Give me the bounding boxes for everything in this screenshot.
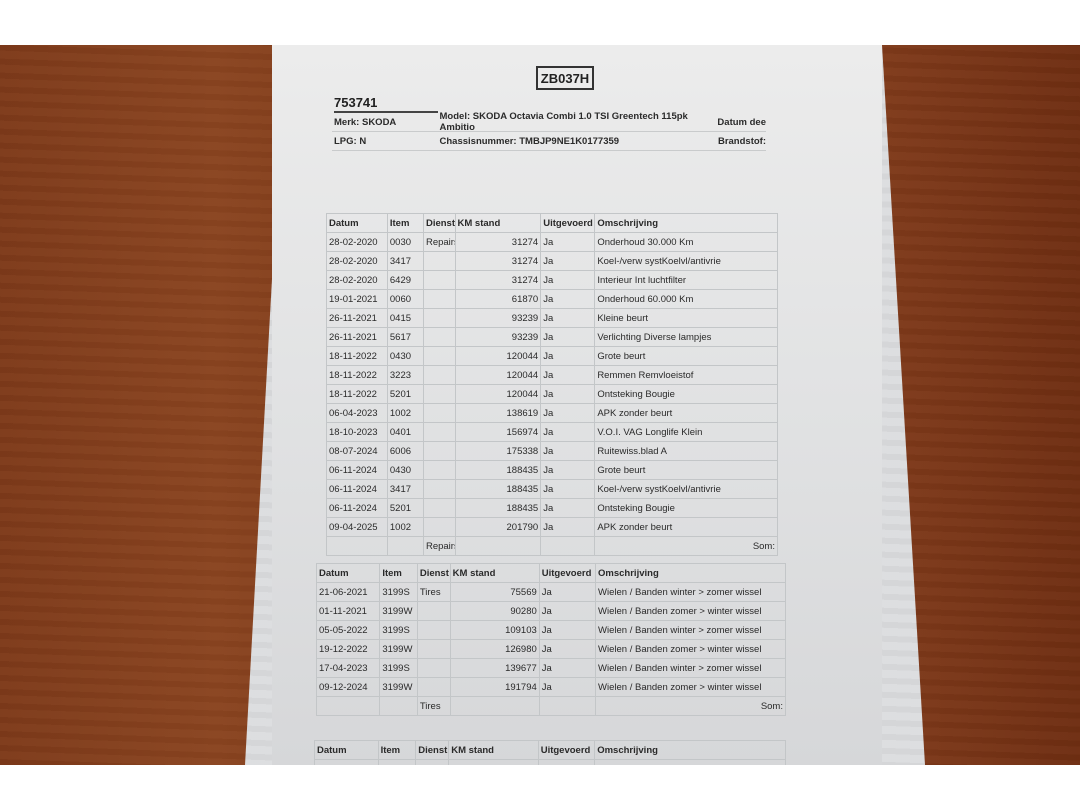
cell-datum: 19-01-2021	[327, 290, 388, 309]
cell-item: 0415	[387, 309, 423, 328]
cell-datum: 05-05-2022	[317, 621, 380, 640]
table-row: 06-11-20240430188435JaGrote beurt	[327, 461, 778, 480]
cell-km-stand: 31274	[455, 252, 541, 271]
cell-uitgevoerd: Ja	[539, 602, 595, 621]
table-row: 01-11-20213199W90280JaWielen / Banden zo…	[317, 602, 786, 621]
cell-km-stand: 90280	[450, 602, 539, 621]
cell-uitgevoerd: Ja	[541, 347, 595, 366]
footer-dienst: Repairs	[423, 537, 455, 556]
column-header-omschrijving: Omschrijving	[596, 564, 786, 583]
table-row: 19-01-2021006061870JaOnderhoud 60.000 Km	[327, 290, 778, 309]
cell-item: 3199W	[380, 602, 418, 621]
cell-km-stand: 156974	[455, 423, 541, 442]
header-row: DatumItemDienstKM standUitgevoerdOmschri…	[327, 214, 778, 233]
cell-item: 6006	[387, 442, 423, 461]
table-row: 18-10-20230401156974JaV.O.I. VAG Longlif…	[327, 423, 778, 442]
cell-omschrijving: Interieur Int luchtfilter	[595, 271, 778, 290]
cell-dienst	[423, 366, 455, 385]
cell-item: 1002	[387, 404, 423, 423]
table-row: 08-07-20246006175338JaRuitewiss.blad A	[327, 442, 778, 461]
cell-dienst	[417, 640, 450, 659]
cell-omschrijving: V.O.I. VAG Longlife Klein	[595, 423, 778, 442]
cell-km-stand: 120044	[455, 366, 541, 385]
cell-dienst	[423, 499, 455, 518]
cell-item: 3417	[387, 480, 423, 499]
chassis-number: Chassisnummer: TMBJP9NE1K0177359	[440, 136, 717, 147]
cell-datum: 09-04-2025	[327, 518, 388, 537]
cell-datum: 18-11-2022	[327, 366, 388, 385]
cell-km-stand: 109103	[450, 621, 539, 640]
footer-row: RepairsSom:	[327, 537, 778, 556]
tires-table: DatumItemDienstKM standUitgevoerdOmschri…	[316, 563, 786, 716]
cell-km-stand: 188435	[455, 480, 541, 499]
cell-dienst: Tires	[417, 583, 450, 602]
cell-uitgevoerd: Ja	[541, 385, 595, 404]
column-header-omschrijving: Omschrijving	[595, 741, 786, 760]
table-row: 06-11-20245201188435JaOntsteking Bougie	[327, 499, 778, 518]
cell-omschrijving: APK zonder beurt	[595, 404, 778, 423]
cell-omschrijving: Wielen / banden zomer > winter wissel	[595, 760, 786, 766]
cell-datum: 19-12-2022	[317, 640, 380, 659]
cell-km-stand: 201790	[455, 518, 541, 537]
table-row: 28-02-2020642931274JaInterieur Int lucht…	[327, 271, 778, 290]
footer-empty-cell	[541, 537, 595, 556]
vehicle-info-row: LPG: N Chassisnummer: TMBJP9NE1K0177359 …	[332, 132, 766, 151]
cell-uitgevoerd: Ja	[539, 640, 595, 659]
cell-km-stand: 31274	[455, 233, 541, 252]
cell-uitgevoerd: Ja	[541, 309, 595, 328]
cell-datum: 26-11-2021	[327, 328, 388, 347]
cell-datum: 06-11-2024	[327, 499, 388, 518]
column-header-datum: Datum	[317, 564, 380, 583]
cell-datum: 06-04-2023	[327, 404, 388, 423]
column-header-dienst: Dienst	[417, 564, 450, 583]
cell-uitgevoerd: Ja	[541, 233, 595, 252]
cell-dienst	[423, 347, 455, 366]
cell-omschrijving: Onderhoud 60.000 Km	[595, 290, 778, 309]
cell-dienst: Repairs	[423, 233, 455, 252]
column-header-dienst: Dienst	[423, 214, 455, 233]
column-header-km-stand: KM stand	[449, 741, 538, 760]
cell-dienst	[423, 290, 455, 309]
table-row: 28-02-20200030Repairs31274JaOnderhoud 30…	[327, 233, 778, 252]
cell-km-stand: 120044	[455, 347, 541, 366]
column-header-uitgevoerd: Uitgevoerd	[541, 214, 595, 233]
cell-item: 3199W	[380, 678, 418, 697]
order-number: 753741	[334, 95, 438, 113]
cell-omschrijving: Kleine beurt	[595, 309, 778, 328]
column-header-km-stand: KM stand	[455, 214, 541, 233]
cell-omschrijving: Grote beurt	[595, 461, 778, 480]
cell-datum: 26-11-2021	[327, 309, 388, 328]
cell-uitgevoerd: Ja	[541, 366, 595, 385]
cell-omschrijving: APK zonder beurt	[595, 518, 778, 537]
brandstof: Brandstof:	[716, 136, 766, 147]
cell-omschrijving: Koel-/verw systKoelvl/antivrie	[595, 252, 778, 271]
cell-omschrijving: Wielen / Banden winter > zomer wissel	[596, 583, 786, 602]
cell-uitgevoerd: Ja	[541, 461, 595, 480]
cell-dienst	[423, 461, 455, 480]
cell-item: 0060	[387, 290, 423, 309]
footer-som: Som:	[595, 537, 778, 556]
cell-item: 5201	[387, 499, 423, 518]
cell-item: 3199W	[380, 640, 418, 659]
cell-dienst	[423, 328, 455, 347]
column-header-item: Item	[387, 214, 423, 233]
table-row: 28-02-2020341731274JaKoel-/verw systKoel…	[327, 252, 778, 271]
footer-row: TiresSom:	[317, 697, 786, 716]
cell-item: 3199S	[380, 583, 418, 602]
cell-item: 5617	[387, 328, 423, 347]
table-row: 18-11-20223223120044JaRemmen Remvloeisto…	[327, 366, 778, 385]
cell-omschrijving: Wielen / Banden zomer > winter wissel	[596, 602, 786, 621]
cell-uitgevoerd: Ja	[541, 480, 595, 499]
cell-datum: 18-11-2022	[327, 347, 388, 366]
table-row: 19-12-20223199W126980JaWielen / Banden z…	[317, 640, 786, 659]
footer-empty-cell	[317, 697, 380, 716]
model: Model: SKODA Octavia Combi 1.0 TSI Green…	[440, 111, 717, 133]
cell-datum: 06-11-2024	[327, 461, 388, 480]
table-row: 21-06-20213199STires75569JaWielen / Band…	[317, 583, 786, 602]
column-header-item: Item	[378, 741, 416, 760]
cell-datum: 18-11-2022	[327, 385, 388, 404]
cell-datum: 06-11-2024	[327, 480, 388, 499]
cell-dienst	[423, 385, 455, 404]
cell-item: 1002	[387, 518, 423, 537]
cell-omschrijving: Ontsteking Bougie	[595, 385, 778, 404]
cell-item: 3223	[387, 366, 423, 385]
table-row: 09-04-20251002201790JaAPK zonder beurt	[327, 518, 778, 537]
cell-dienst	[417, 678, 450, 697]
table-row: 17-04-20233199S139677JaWielen / Banden w…	[317, 659, 786, 678]
cell-datum: 18-10-2023	[327, 423, 388, 442]
table-row: 03-11-20199901WWinterl18250JaWielen / ba…	[315, 760, 786, 766]
footer-empty-cell	[455, 537, 541, 556]
cell-uitgevoerd: Ja	[541, 252, 595, 271]
column-header-dienst: Dienst	[416, 741, 449, 760]
cell-omschrijving: Ruitewiss.blad A	[595, 442, 778, 461]
cell-km-stand: 188435	[455, 499, 541, 518]
winter-table: DatumItemDienstKM standUitgevoerdOmschri…	[314, 740, 786, 765]
datum-deel: Datum dee	[716, 117, 766, 128]
cell-km-stand: 139677	[450, 659, 539, 678]
cell-item: 3199S	[380, 659, 418, 678]
cell-dienst	[423, 252, 455, 271]
cell-dienst	[423, 442, 455, 461]
cell-uitgevoerd: Ja	[539, 659, 595, 678]
vehicle-info: Merk: SKODA Model: SKODA Octavia Combi 1…	[332, 113, 766, 151]
lpg: LPG: N	[332, 136, 440, 147]
cell-km-stand: 126980	[450, 640, 539, 659]
cell-uitgevoerd: Ja	[539, 583, 595, 602]
column-header-km-stand: KM stand	[450, 564, 539, 583]
cell-km-stand: 138619	[455, 404, 541, 423]
table-row: 26-11-2021041593239JaKleine beurt	[327, 309, 778, 328]
cell-uitgevoerd: Ja	[541, 290, 595, 309]
vehicle-info-row: Merk: SKODA Model: SKODA Octavia Combi 1…	[332, 113, 766, 132]
cell-km-stand: 75569	[450, 583, 539, 602]
footer-som: Som:	[596, 697, 786, 716]
cell-km-stand: 191794	[450, 678, 539, 697]
footer-empty-cell	[387, 537, 423, 556]
cell-omschrijving: Verlichting Diverse lampjes	[595, 328, 778, 347]
column-header-uitgevoerd: Uitgevoerd	[539, 564, 595, 583]
cell-km-stand: 188435	[455, 461, 541, 480]
cell-uitgevoerd: Ja	[541, 404, 595, 423]
merk: Merk: SKODA	[332, 117, 440, 128]
table-row: 09-12-20243199W191794JaWielen / Banden z…	[317, 678, 786, 697]
cell-datum: 08-07-2024	[327, 442, 388, 461]
cell-item: 5201	[387, 385, 423, 404]
cell-datum: 28-02-2020	[327, 271, 388, 290]
photo-background: ZB037H 753741 Merk: SKODA Model: SKODA O…	[0, 45, 1080, 765]
cell-datum: 09-12-2024	[317, 678, 380, 697]
cell-datum: 21-06-2021	[317, 583, 380, 602]
cell-dienst	[423, 404, 455, 423]
cell-uitgevoerd: Ja	[541, 442, 595, 461]
cell-datum: 01-11-2021	[317, 602, 380, 621]
cell-omschrijving: Koel-/verw systKoelvl/antivrie	[595, 480, 778, 499]
repairs-table: DatumItemDienstKM standUitgevoerdOmschri…	[326, 213, 778, 556]
cell-item: 3199S	[380, 621, 418, 640]
column-header-uitgevoerd: Uitgevoerd	[538, 741, 595, 760]
cell-km-stand: 120044	[455, 385, 541, 404]
column-header-omschrijving: Omschrijving	[595, 214, 778, 233]
table-row: 06-04-20231002138619JaAPK zonder beurt	[327, 404, 778, 423]
cell-uitgevoerd: Ja	[541, 328, 595, 347]
cell-uitgevoerd: Ja	[541, 518, 595, 537]
header-row: DatumItemDienstKM standUitgevoerdOmschri…	[317, 564, 786, 583]
cell-uitgevoerd: Ja	[539, 678, 595, 697]
cell-km-stand: 93239	[455, 328, 541, 347]
cell-uitgevoerd: Ja	[541, 423, 595, 442]
cell-omschrijving: Wielen / Banden winter > zomer wissel	[596, 621, 786, 640]
license-plate: ZB037H	[536, 66, 594, 90]
footer-empty-cell	[327, 537, 388, 556]
column-header-item: Item	[380, 564, 418, 583]
table-row: 26-11-2021561793239JaVerlichting Diverse…	[327, 328, 778, 347]
cell-dienst	[423, 423, 455, 442]
cell-km-stand: 61870	[455, 290, 541, 309]
cell-dienst	[417, 659, 450, 678]
cell-dienst	[423, 271, 455, 290]
table-row: 18-11-20225201120044JaOntsteking Bougie	[327, 385, 778, 404]
cell-item: 3417	[387, 252, 423, 271]
footer-empty-cell	[539, 697, 595, 716]
cell-omschrijving: Onderhoud 30.000 Km	[595, 233, 778, 252]
cell-datum: 17-04-2023	[317, 659, 380, 678]
cell-dienst: Winterl	[416, 760, 449, 766]
cell-omschrijving: Wielen / Banden zomer > winter wissel	[596, 678, 786, 697]
table-row: 18-11-20220430120044JaGrote beurt	[327, 347, 778, 366]
cell-uitgevoerd: Ja	[539, 621, 595, 640]
cell-dienst	[417, 602, 450, 621]
column-header-datum: Datum	[327, 214, 388, 233]
cell-item: 0401	[387, 423, 423, 442]
cell-item: 0430	[387, 347, 423, 366]
cell-uitgevoerd: Ja	[538, 760, 595, 766]
cell-uitgevoerd: Ja	[541, 499, 595, 518]
cell-item: 9901W	[378, 760, 416, 766]
footer-empty-cell	[450, 697, 539, 716]
cell-datum: 03-11-2019	[315, 760, 379, 766]
footer-dienst: Tires	[417, 697, 450, 716]
cell-km-stand: 31274	[455, 271, 541, 290]
table-row: 06-11-20243417188435JaKoel-/verw systKoe…	[327, 480, 778, 499]
cell-datum: 28-02-2020	[327, 233, 388, 252]
cell-item: 0030	[387, 233, 423, 252]
cell-datum: 28-02-2020	[327, 252, 388, 271]
cell-uitgevoerd: Ja	[541, 271, 595, 290]
column-header-datum: Datum	[315, 741, 379, 760]
cell-omschrijving: Wielen / Banden zomer > winter wissel	[596, 640, 786, 659]
cell-omschrijving: Remmen Remvloeistof	[595, 366, 778, 385]
cell-dienst	[417, 621, 450, 640]
cell-km-stand: 175338	[455, 442, 541, 461]
cell-dienst	[423, 309, 455, 328]
cell-dienst	[423, 480, 455, 499]
cell-km-stand: 18250	[449, 760, 538, 766]
header-row: DatumItemDienstKM standUitgevoerdOmschri…	[315, 741, 786, 760]
cell-omschrijving: Ontsteking Bougie	[595, 499, 778, 518]
cell-dienst	[423, 518, 455, 537]
table-row: 05-05-20223199S109103JaWielen / Banden w…	[317, 621, 786, 640]
footer-empty-cell	[380, 697, 418, 716]
cell-item: 0430	[387, 461, 423, 480]
cell-item: 6429	[387, 271, 423, 290]
cell-km-stand: 93239	[455, 309, 541, 328]
cell-omschrijving: Wielen / Banden winter > zomer wissel	[596, 659, 786, 678]
cell-omschrijving: Grote beurt	[595, 347, 778, 366]
